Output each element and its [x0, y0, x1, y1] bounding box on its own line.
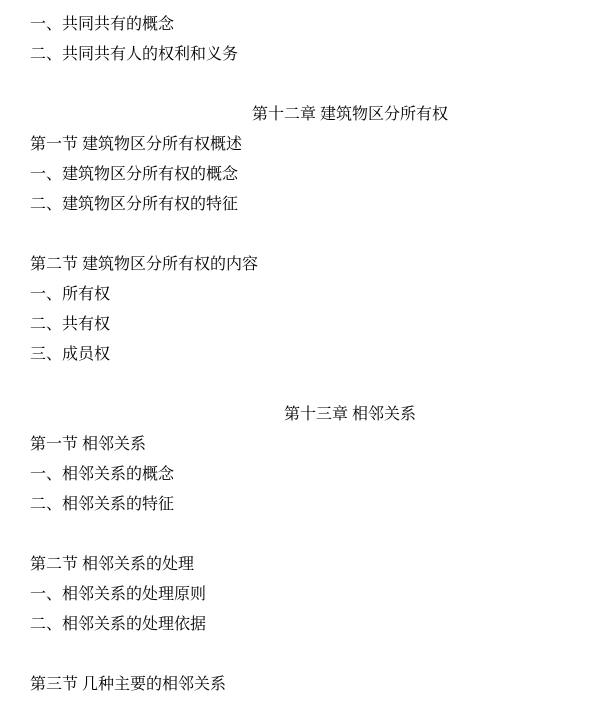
chapter-heading: 第十二章 建筑物区分所有权	[30, 100, 580, 130]
toc-item: 二、共有权	[30, 310, 580, 340]
toc-item: 一、建筑物区分所有权的概念	[30, 160, 580, 190]
section-heading: 第二节 建筑物区分所有权的内容	[30, 250, 580, 280]
toc-item: 一、相邻关系的处理原则	[30, 580, 580, 610]
section-heading: 第三节 几种主要的相邻关系	[30, 670, 580, 700]
section-heading: 第一节 相邻关系	[30, 430, 580, 460]
toc-item: 一、所有权	[30, 280, 580, 310]
toc-item: 一、共同共有的概念	[30, 10, 580, 40]
chapter-heading: 第十三章 相邻关系	[30, 400, 580, 430]
toc-item: 二、共同共有人的权利和义务	[30, 40, 580, 70]
document-page: { "page": { "background_color": "#ffffff…	[0, 0, 600, 726]
section-heading: 第二节 相邻关系的处理	[30, 550, 580, 580]
toc-item: 三、成员权	[30, 340, 580, 370]
document-body: 一、共同共有的概念 二、共同共有人的权利和义务 第十二章 建筑物区分所有权 第一…	[0, 0, 600, 700]
toc-item: 二、建筑物区分所有权的特征	[30, 190, 580, 220]
toc-item: 二、相邻关系的特征	[30, 490, 580, 520]
section-heading: 第一节 建筑物区分所有权概述	[30, 130, 580, 160]
toc-item: 一、相邻关系的概念	[30, 460, 580, 490]
toc-item: 二、相邻关系的处理依据	[30, 610, 580, 640]
